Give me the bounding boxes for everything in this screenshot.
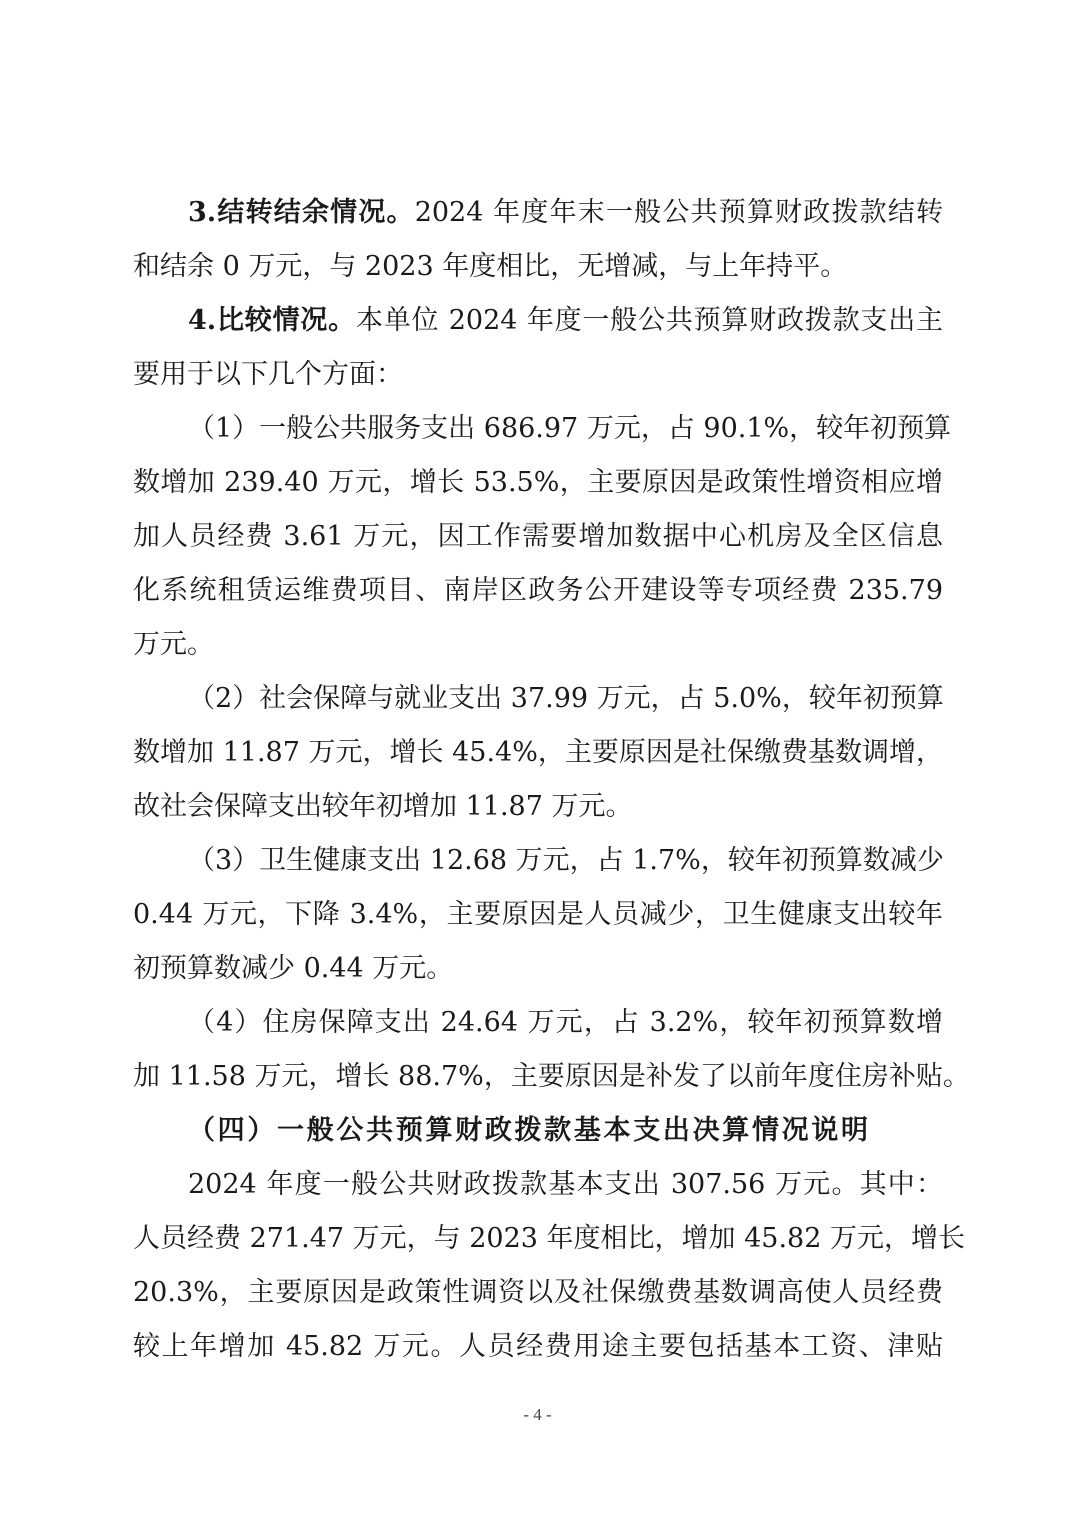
paragraph-line: （2）社会保障与就业支出 37.99 万元，占 5.0%，较年初预算 (188, 679, 943, 719)
paragraph-line: 和结余 0 万元，与 2023 年度相比，无增减，与上年持平。 (133, 247, 943, 287)
paragraph-line: 加人员经费 3.61 万元，因工作需要增加数据中心机房及全区信息 (133, 517, 943, 557)
paragraph-line: 故社会保障支出较年初增加 11.87 万元。 (133, 787, 943, 827)
paragraph-line: 化系统租赁运维费项目、南岸区政务公开建设等专项经费 235.79 (133, 571, 943, 611)
paragraph-line: 加 11.58 万元，增长 88.7%，主要原因是补发了以前年度住房补贴。 (133, 1057, 943, 1097)
section-lead-carryover: 3.结转结余情况。 (188, 197, 415, 228)
page-number: - 4 - (0, 1405, 1075, 1425)
paragraph-line: 要用于以下几个方面： (133, 355, 943, 395)
paragraph-line: 较上年增加 45.82 万元。人员经费用途主要包括基本工资、津贴 (133, 1327, 943, 1367)
document-page: 3.结转结余情况。2024 年度年末一般公共预算财政拨款结转 和结余 0 万元，… (0, 0, 1075, 1520)
paragraph-text: 2024 年度年末一般公共预算财政拨款结转 (415, 197, 943, 228)
paragraph-line: （1）一般公共服务支出 686.97 万元，占 90.1%，较年初预算 (188, 409, 943, 449)
paragraph-line: 万元。 (133, 625, 943, 665)
paragraph-line: 0.44 万元，下降 3.4%，主要原因是人员减少，卫生健康支出较年 (133, 895, 943, 935)
paragraph-line: 人员经费 271.47 万元，与 2023 年度相比，增加 45.82 万元，增… (133, 1219, 943, 1259)
paragraph-line: 数增加 11.87 万元，增长 45.4%，主要原因是社保缴费基数调增， (133, 733, 943, 773)
paragraph-line: （4）住房保障支出 24.64 万元，占 3.2%，较年初预算数增 (188, 1003, 943, 1043)
paragraph-line: 初预算数减少 0.44 万元。 (133, 949, 943, 989)
paragraph-text: 本单位 2024 年度一般公共预算财政拨款支出主 (356, 305, 943, 336)
paragraph-line: 数增加 239.40 万元，增长 53.5%，主要原因是政策性增资相应增 (133, 463, 943, 503)
paragraph-line: 4.比较情况。本单位 2024 年度一般公共预算财政拨款支出主 (188, 301, 943, 341)
paragraph-line: 20.3%，主要原因是政策性调资以及社保缴费基数调高使人员经费 (133, 1273, 943, 1313)
section-heading: （四）一般公共预算财政拨款基本支出决算情况说明 (188, 1111, 868, 1151)
paragraph-line: （3）卫生健康支出 12.68 万元，占 1.7%，较年初预算数减少 (188, 841, 943, 881)
paragraph-line: 3.结转结余情况。2024 年度年末一般公共预算财政拨款结转 (188, 193, 943, 233)
section-lead-comparison: 4.比较情况。 (188, 305, 356, 336)
paragraph-line: 2024 年度一般公共财政拨款基本支出 307.56 万元。其中： (188, 1165, 943, 1205)
